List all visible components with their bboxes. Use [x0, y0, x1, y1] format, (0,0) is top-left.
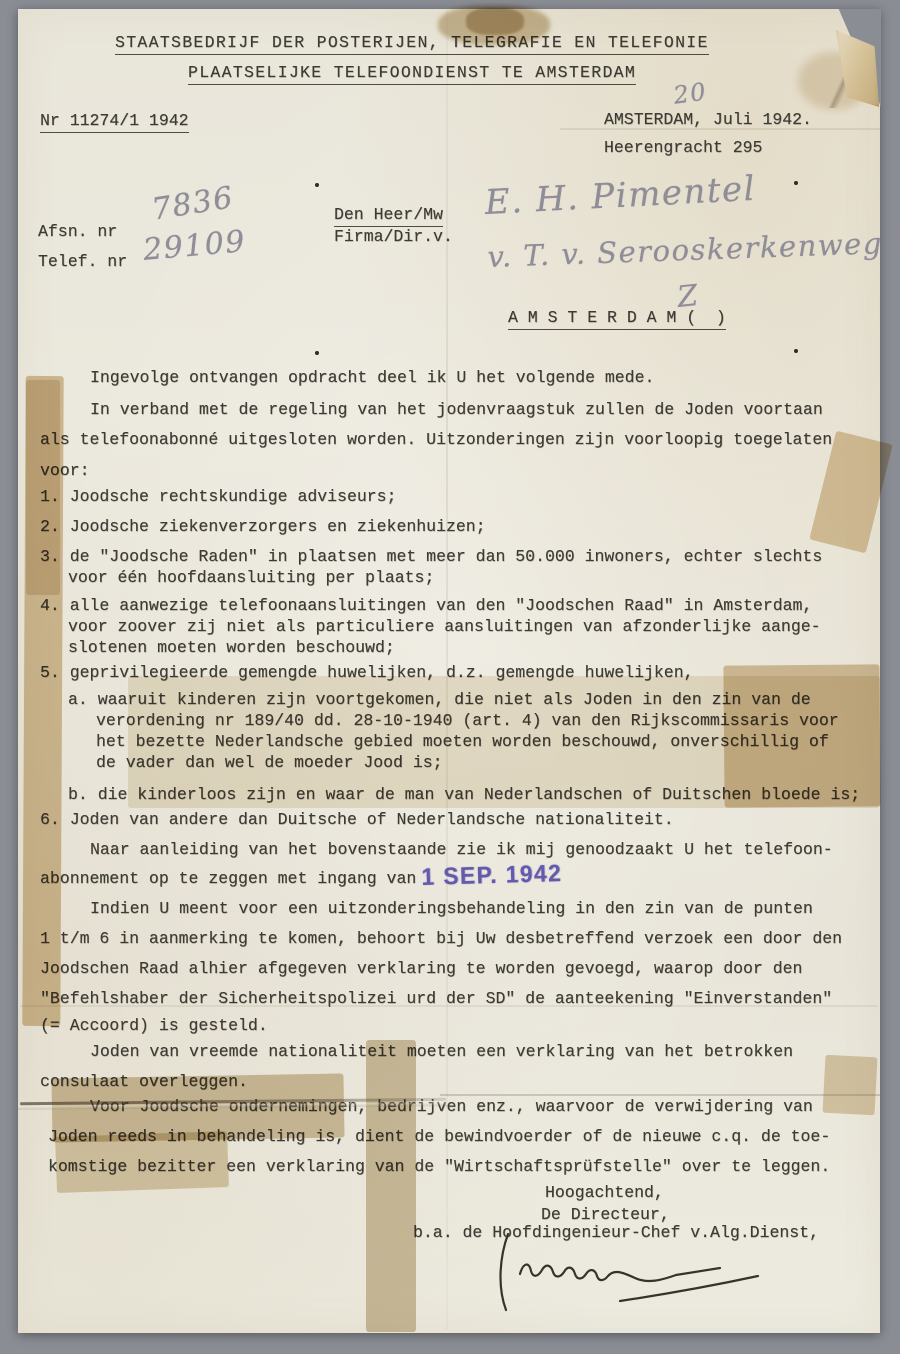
signature-scrawl: [492, 1228, 782, 1313]
horizontal-crease-bottom: [20, 1005, 878, 1007]
date-stamp: 1 SEP. 1942: [421, 860, 562, 892]
vertical-fold-crease: [446, 10, 448, 1330]
paper-sheet: [18, 9, 880, 1333]
tear-line-faint: [440, 1094, 880, 1096]
horizontal-crease-top: [560, 128, 880, 130]
scanned-letter: { "document_type": "scanned typewritten …: [0, 0, 900, 1354]
